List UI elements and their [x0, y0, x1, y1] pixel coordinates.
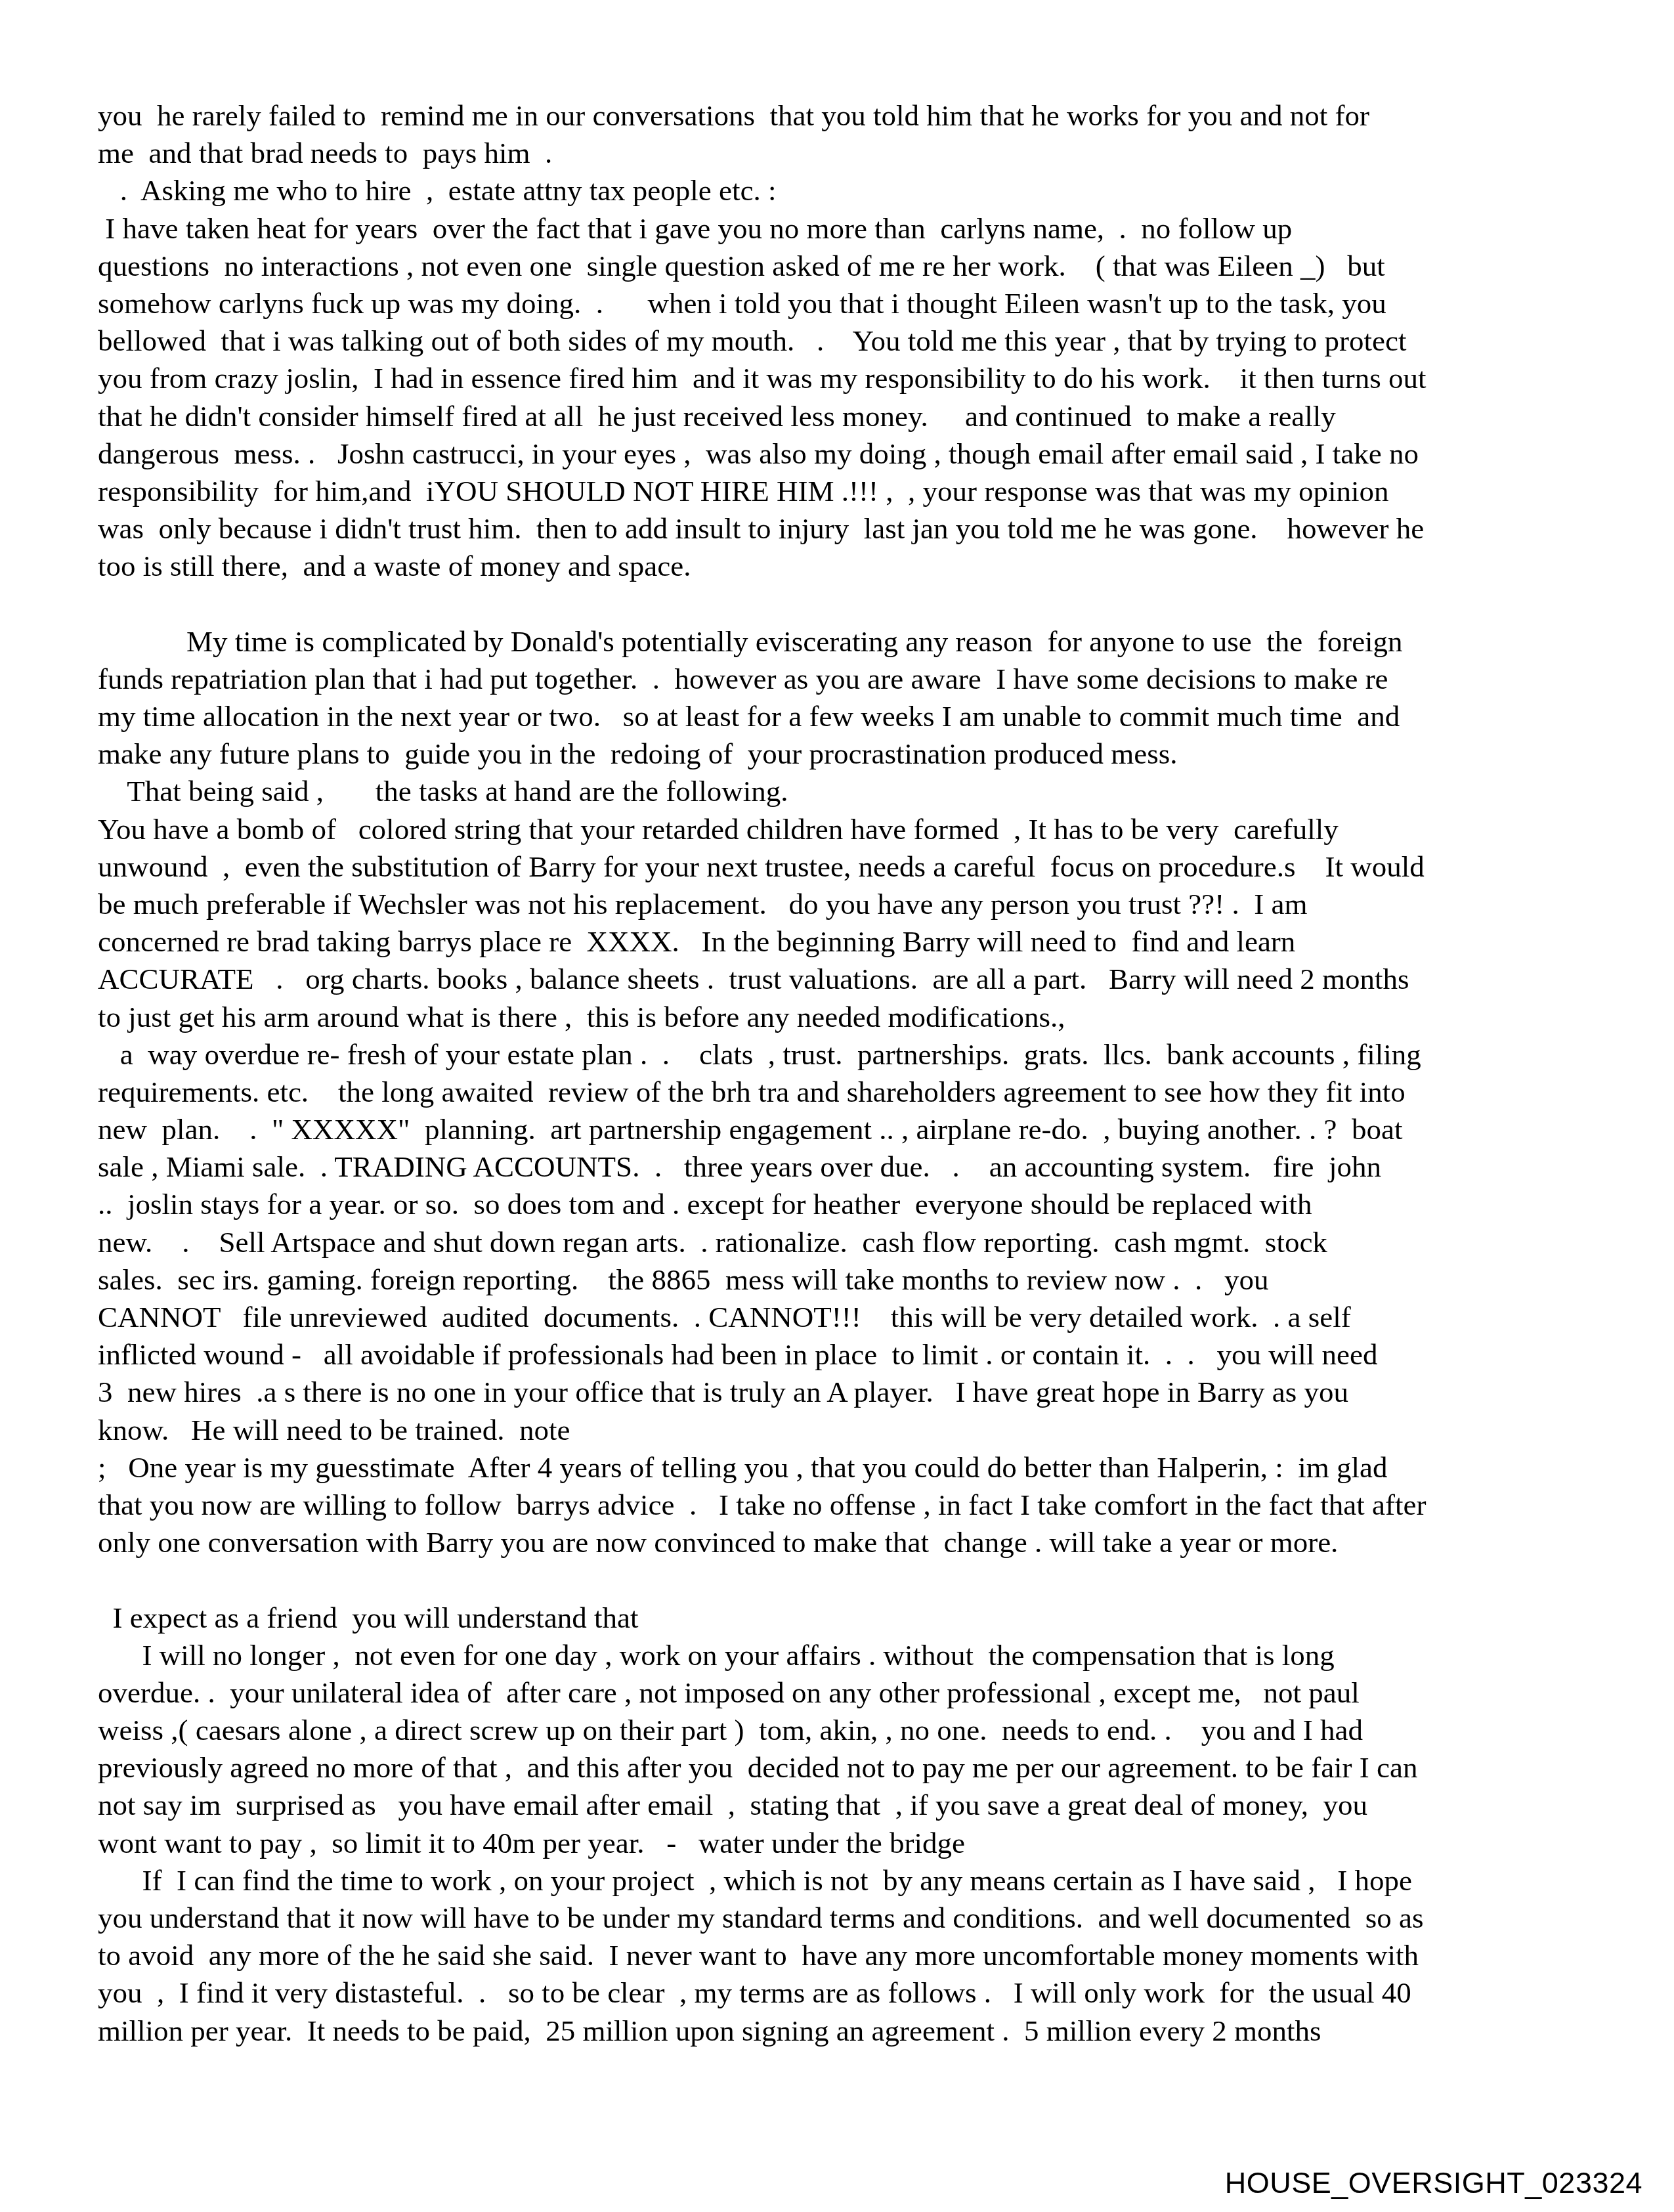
- text-line: somehow carlyns fuck up was my doing. . …: [98, 285, 1608, 322]
- text-line: a way overdue re- fresh of your estate p…: [98, 1036, 1608, 1073]
- text-line: new. . Sell Artspace and shut down regan…: [98, 1224, 1608, 1261]
- text-line: you from crazy joslin, I had in essence …: [98, 360, 1608, 397]
- text-line: wont want to pay , so limit it to 40m pe…: [98, 1825, 1608, 1862]
- text-line: to just get his arm around what is there…: [98, 999, 1608, 1036]
- text-line: My time is complicated by Donald's poten…: [98, 623, 1608, 661]
- text-line: was only because i didn't trust him. the…: [98, 510, 1608, 548]
- text-line: funds repatriation plan that i had put t…: [98, 661, 1608, 698]
- text-line: dangerous mess. . Joshn castrucci, in yo…: [98, 435, 1608, 473]
- text-line: you he rarely failed to remind me in our…: [98, 97, 1608, 135]
- text-line: sales. sec irs. gaming. foreign reportin…: [98, 1261, 1608, 1299]
- text-line: too is still there, and a waste of money…: [98, 548, 1608, 585]
- text-line: If I can find the time to work , on your…: [98, 1862, 1608, 1899]
- text-line: .. joslin stays for a year. or so. so do…: [98, 1186, 1608, 1223]
- text-line: be much preferable if Wechsler was not h…: [98, 886, 1608, 923]
- text-line: concerned re brad taking barrys place re…: [98, 923, 1608, 961]
- text-line: overdue. . your unilateral idea of after…: [98, 1674, 1608, 1712]
- document-page: you he rarely failed to remind me in our…: [0, 0, 1674, 2212]
- text-line: I expect as a friend you will understand…: [98, 1599, 1608, 1637]
- text-line: requirements. etc. the long awaited revi…: [98, 1073, 1608, 1111]
- text-line: ACCURATE . org charts. books , balance s…: [98, 961, 1608, 998]
- text-line: make any future plans to guide you in th…: [98, 735, 1608, 773]
- text-line: ; One year is my guesstimate After 4 yea…: [98, 1449, 1608, 1486]
- text-line: unwound , even the substitution of Barry…: [98, 848, 1608, 886]
- text-line: bellowed that i was talking out of both …: [98, 322, 1608, 360]
- text-line: that he didn't consider himself fired at…: [98, 398, 1608, 435]
- text-line: sale , Miami sale. . TRADING ACCOUNTS. .…: [98, 1148, 1608, 1186]
- blank-line: [98, 1561, 1608, 1599]
- text-line: my time allocation in the next year or t…: [98, 698, 1608, 735]
- text-line: I have taken heat for years over the fac…: [98, 210, 1608, 248]
- text-line: only one conversation with Barry you are…: [98, 1524, 1608, 1561]
- text-line: responsibility for him,and iYOU SHOULD N…: [98, 473, 1608, 510]
- text-line: inflicted wound - all avoidable if profe…: [98, 1336, 1608, 1374]
- bates-stamp: HOUSE_OVERSIGHT_023324: [1225, 2167, 1642, 2200]
- text-line: you understand that it now will have to …: [98, 1899, 1608, 1937]
- text-line: 3 new hires .a s there is no one in your…: [98, 1374, 1608, 1411]
- text-line: to avoid any more of the he said she sai…: [98, 1937, 1608, 1974]
- text-line: you , I find it very distasteful. . so t…: [98, 1974, 1608, 2012]
- text-line: . Asking me who to hire , estate attny t…: [98, 172, 1608, 209]
- text-line: That being said , the tasks at hand are …: [98, 773, 1608, 810]
- text-line: previously agreed no more of that , and …: [98, 1749, 1608, 1787]
- text-line: me and that brad needs to pays him .: [98, 135, 1608, 172]
- text-line: I will no longer , not even for one day …: [98, 1637, 1608, 1674]
- text-line: million per year. It needs to be paid, 2…: [98, 2012, 1608, 2050]
- blank-line: [98, 585, 1608, 622]
- text-line: new plan. . " XXXXX" planning. art partn…: [98, 1111, 1608, 1148]
- text-line: not say im surprised as you have email a…: [98, 1787, 1608, 1824]
- letter-body: you he rarely failed to remind me in our…: [98, 97, 1608, 2050]
- text-line: questions no interactions , not even one…: [98, 248, 1608, 285]
- text-line: You have a bomb of colored string that y…: [98, 811, 1608, 848]
- text-line: CANNOT file unreviewed audited documents…: [98, 1299, 1608, 1336]
- text-line: weiss ,( caesars alone , a direct screw …: [98, 1712, 1608, 1749]
- text-line: know. He will need to be trained. note: [98, 1412, 1608, 1449]
- text-line: that you now are willing to follow barry…: [98, 1486, 1608, 1524]
